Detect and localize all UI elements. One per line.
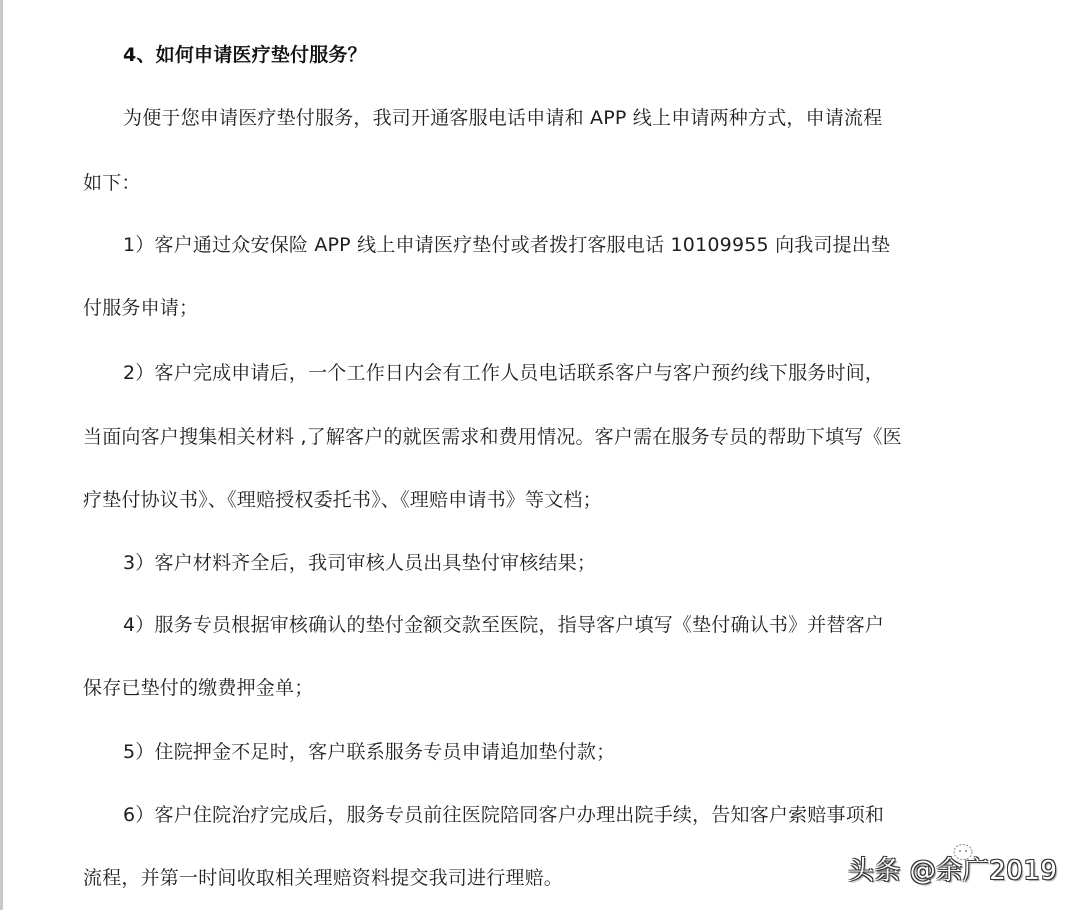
paragraph-line: 如下： [83, 171, 141, 195]
watermark: 头条 @余广2019 [848, 856, 1057, 886]
step-2-continuation: 当面向客户搜集相关材料 ,了解客户的就医需求和费用情况。客户需在服务专员的帮助下… [83, 425, 902, 449]
step-1-line: 1）客户通过众安保险 APP 线上申请医疗垫付或者拨打客服电话 10109955… [123, 233, 890, 257]
step-2-line: 2）客户完成申请后，一个工作日内会有工作人员电话联系客户与客户预约线下服务时间， [123, 361, 884, 385]
step-4-continuation: 保存已垫付的缴费押金单； [83, 676, 313, 700]
step-5-line: 5）住院押金不足时，客户联系服务专员申请追加垫付款； [123, 740, 615, 764]
step-1-continuation: 付服务申请； [83, 296, 198, 320]
step-6-continuation: 流程，并第一时间收取相关理赔资料提交我司进行理赔。 [83, 866, 563, 890]
step-2-continuation: 疗垫付协议书》、《理赔授权委托书》、《理赔申请书》等文档； [83, 488, 602, 512]
section-heading: 4、如何申请医疗垫付服务？ [123, 43, 367, 67]
document-page: 4、如何申请医疗垫付服务？ 为便于您申请医疗垫付服务，我司开通客服电话申请和 A… [0, 0, 1080, 910]
step-6-line: 6）客户住院治疗完成后，服务专员前往医院陪同客户办理出院手续，告知客户索赔事项和 [123, 803, 884, 827]
step-4-line: 4）服务专员根据审核确认的垫付金额交款至医院，指导客户填写《垫付确认书》并替客户 [123, 613, 884, 637]
step-3-line: 3）客户材料齐全后，我司审核人员出具垫付审核结果； [123, 551, 596, 575]
paragraph-line: 为便于您申请医疗垫付服务，我司开通客服电话申请和 APP 线上申请两种方式，申请… [123, 106, 882, 130]
